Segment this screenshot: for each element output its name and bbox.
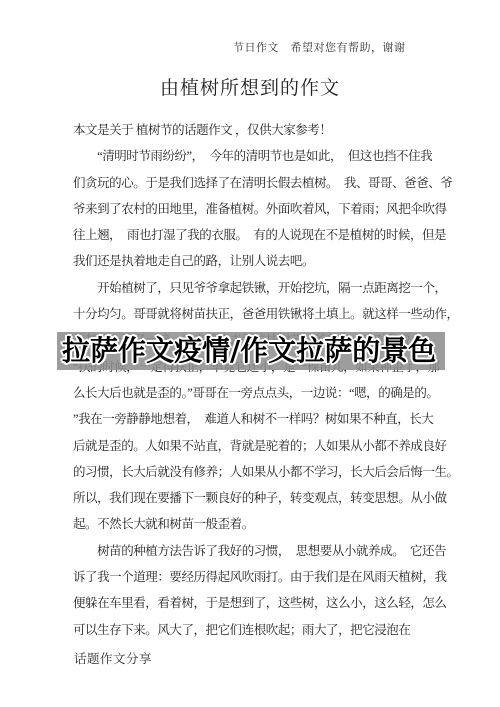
essay-body-line: 便躲在车里看，看着树，于是想到了，这些树，这么小，这么轻，怎么 (73, 590, 439, 616)
essay-body-line: 的习惯，长大后就没有修养；人如果从小都不学习，长大后会后悔一生。 (73, 459, 439, 485)
essay-body-line: 开始植树了，只见爷爷拿起铁锹，开始挖坑，隔一点距离挖一个， (73, 275, 439, 301)
essay-body-line: “清明时节雨纷纷”， 今年的清明节也是如此， 但这也挡不住我 (73, 143, 439, 169)
ad-overlay-banner-text[interactable]: 拉萨作文疫情/作文拉萨的景色 (57, 337, 436, 365)
essay-body-line: 么长大后也就是歪的。”哥哥在一旁点点头，一边说：“嗯，的确是的。 (73, 380, 439, 406)
essay-body-line: 我们还是执着地走自己的路，让别人说去吧。 (73, 248, 439, 274)
essay-body: 本文是关于 植树节的话题作文 ，仅供大家参考！ “清明时节雨纷纷”， 今年的清明… (73, 117, 439, 643)
essay-body-line: 树苗的种植方法告诉了我好的习惯， 思想要从小就养成。 它还告 (73, 538, 439, 564)
page-footer-note: 话题作文分享 (74, 649, 152, 667)
essay-body-line: 十分均匀。哥哥就将树苗扶正，爸爸用铁锹将土填上。就这样一些动作， (73, 301, 439, 327)
essay-body-line: 爷来到了农村的田地里，准备植树。外面吹着风，下着雨；风把伞吹得 (73, 196, 439, 222)
essay-title: 由植树所想到的作文 (0, 73, 500, 100)
document-page: 节日作文 希望对您有帮助，谢谢 由植树所想到的作文 本文是关于 植树节的话题作文… (0, 0, 500, 707)
essay-body-line: 可以生存下来。风大了，把它们连根吹起；雨大了，把它浸泡在 (73, 617, 439, 643)
essay-body-line: 所以，我们现在要播下一颗良好的种子，转变观点，转变思想。从小做 (73, 485, 439, 511)
page-header-note: 节日作文 希望对您有帮助，谢谢 (233, 39, 406, 55)
ad-overlay-banner[interactable]: 拉萨作文疫情/作文拉萨的景色 (57, 332, 445, 370)
essay-body-line: 后就是歪的。人如果不站直，背就是驼着的；人如果从小都不养成良好 (73, 433, 439, 459)
essay-body-line: ”我在一旁静静地想着， 难道人和树不一样吗？树如果不种直，长大 (73, 406, 439, 432)
essay-body-line: 们贪玩的心。于是我们选择了在清明长假去植树。 我、哥哥、爸爸、爷 (73, 170, 439, 196)
essay-body-line: 本文是关于 植树节的话题作文 ，仅供大家参考！ (73, 117, 439, 143)
essay-body-line: 起。不然长大就和树苗一般歪着。 (73, 511, 439, 537)
essay-body-line: 诉了我一个道理：要经历得起风吹雨打。由于我们是在风雨天植树，我 (73, 564, 439, 590)
essay-body-line: 往上翘， 雨也打湿了我的衣服。 有的人说现在不是植树的时候，但是 (73, 222, 439, 248)
